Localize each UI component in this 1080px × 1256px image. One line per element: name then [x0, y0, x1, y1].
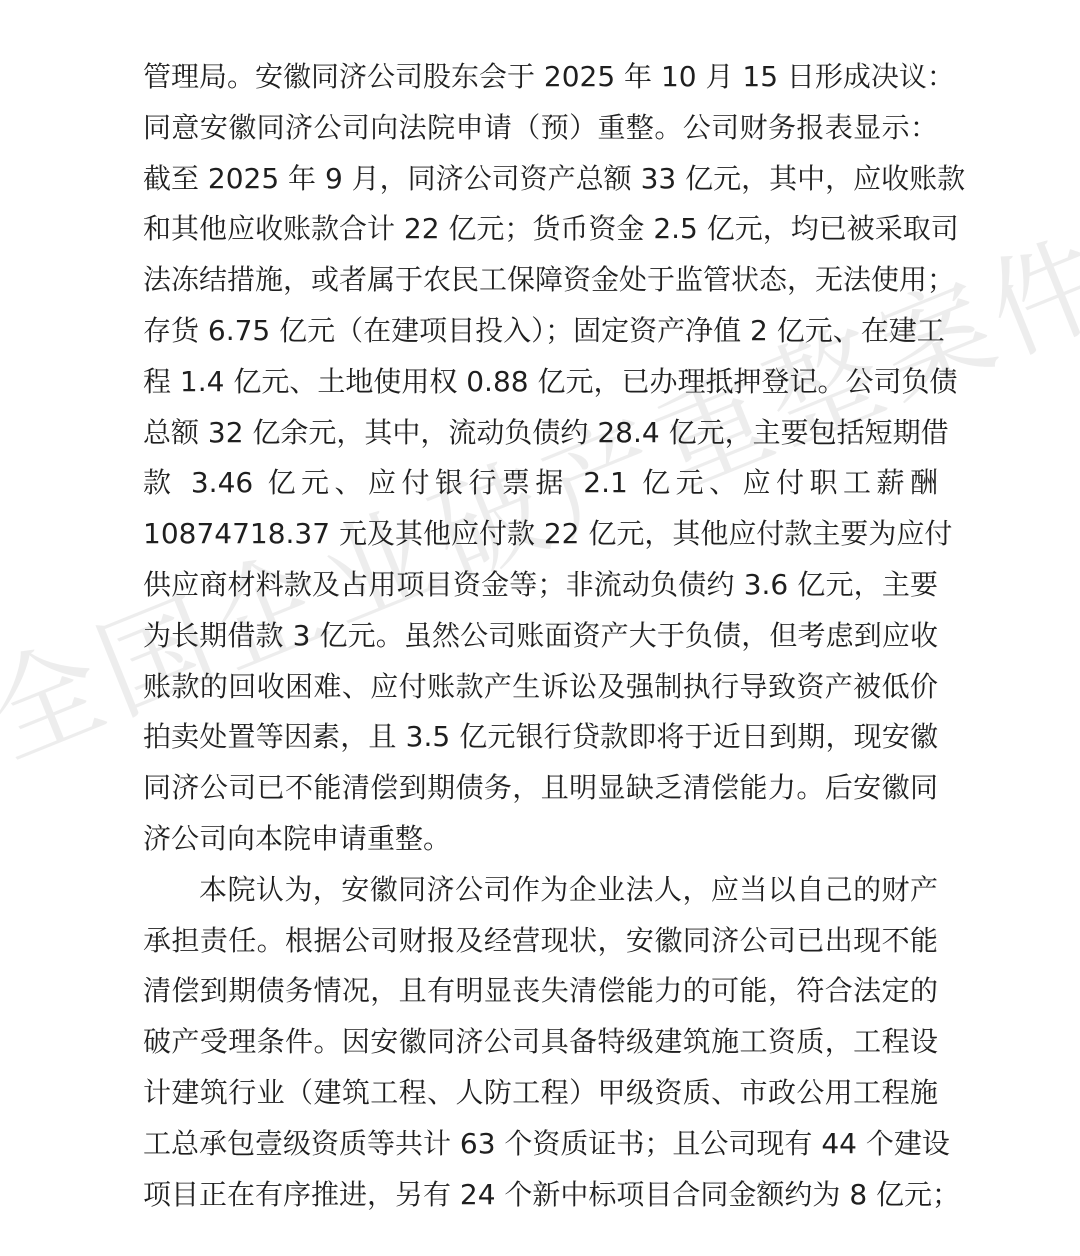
- text-line-content: 款 3.46 亿元、应付银行票据 2.1 亿元、应付职工薪酬: [143, 458, 938, 509]
- paragraph-court-opinion: 本院认为，安徽同济公司作为企业法人，应当以自己的财产 承担责任。根据公司财报及经…: [143, 865, 938, 1221]
- text-line: 同济公司已不能清偿到期债务，且明显缺乏清偿能力。后安徽同: [143, 763, 938, 814]
- text-line: 截至 2025 年 9 月，同济公司资产总额 33 亿元，其中，应收账款: [143, 154, 938, 205]
- text-line-content: 同意安徽同济公司向法院申请（预）重整。公司财务报表显示：: [143, 103, 938, 154]
- text-line-content: 拍卖处置等因素，且 3.5 亿元银行贷款即将于近日到期，现安徽: [143, 712, 938, 763]
- text-line: 济公司向本院申请重整。: [143, 814, 938, 865]
- text-line-content: 破产受理条件。因安徽同济公司具备特级建筑施工资质，工程设: [143, 1017, 938, 1068]
- text-line: 承担责任。根据公司财报及经营现状，安徽同济公司已出现不能: [143, 916, 938, 967]
- text-line-content: 截至 2025 年 9 月，同济公司资产总额 33 亿元，其中，应收账款: [143, 154, 938, 205]
- text-line-content: 本院认为，安徽同济公司作为企业法人，应当以自己的财产: [143, 865, 938, 916]
- text-line: 10874718.37 元及其他应付款 22 亿元，其他应付款主要为应付: [143, 509, 938, 560]
- text-line-content: 项目正在有序推进，另有 24 个新中标项目合同金额约为 8 亿元；: [143, 1170, 938, 1221]
- text-line: 项目正在有序推进，另有 24 个新中标项目合同金额约为 8 亿元；: [143, 1170, 938, 1221]
- text-line: 和其他应收账款合计 22 亿元；货币资金 2.5 亿元，均已被采取司: [143, 204, 938, 255]
- text-line: 法冻结措施，或者属于农民工保障资金处于监管状态，无法使用；: [143, 255, 938, 306]
- text-line: 计建筑行业（建筑工程、人防工程）甲级资质、市政公用工程施: [143, 1068, 938, 1119]
- text-line-content: 为长期借款 3 亿元。虽然公司账面资产大于负债，但考虑到应收: [143, 611, 938, 662]
- text-line: 工总承包壹级资质等共计 63 个资质证书；且公司现有 44 个建设: [143, 1119, 938, 1170]
- text-line-content: 济公司向本院申请重整。: [143, 814, 938, 865]
- text-line-content: 供应商材料款及占用项目资金等；非流动负债约 3.6 亿元，主要: [143, 560, 938, 611]
- text-line: 破产受理条件。因安徽同济公司具备特级建筑施工资质，工程设: [143, 1017, 938, 1068]
- document-body: 管理局。安徽同济公司股东会于 2025 年 10 月 15 日形成决议： 同意安…: [143, 52, 938, 1220]
- text-line-content: 计建筑行业（建筑工程、人防工程）甲级资质、市政公用工程施: [143, 1068, 938, 1119]
- text-line: 为长期借款 3 亿元。虽然公司账面资产大于负债，但考虑到应收: [143, 611, 938, 662]
- text-line-content: 账款的回收困难、应付账款产生诉讼及强制执行导致资产被低价: [143, 662, 938, 713]
- text-line: 同意安徽同济公司向法院申请（预）重整。公司财务报表显示：: [143, 103, 938, 154]
- text-line: 程 1.4 亿元、土地使用权 0.88 亿元，已办理抵押登记。公司负债: [143, 357, 938, 408]
- text-line: 管理局。安徽同济公司股东会于 2025 年 10 月 15 日形成决议：: [143, 52, 938, 103]
- text-line-content: 程 1.4 亿元、土地使用权 0.88 亿元，已办理抵押登记。公司负债: [143, 357, 938, 408]
- text-line-content: 和其他应收账款合计 22 亿元；货币资金 2.5 亿元，均已被采取司: [143, 204, 938, 255]
- text-line-content: 存货 6.75 亿元（在建项目投入）；固定资产净值 2 亿元、在建工: [143, 306, 938, 357]
- text-line-content: 工总承包壹级资质等共计 63 个资质证书；且公司现有 44 个建设: [143, 1119, 938, 1170]
- text-line-content: 10874718.37 元及其他应付款 22 亿元，其他应付款主要为应付: [143, 509, 938, 560]
- text-line-content: 同济公司已不能清偿到期债务，且明显缺乏清偿能力。后安徽同: [143, 763, 938, 814]
- text-line: 账款的回收困难、应付账款产生诉讼及强制执行导致资产被低价: [143, 662, 938, 713]
- document-page: 全国企业破产重整案件信息网 管理局。安徽同济公司股东会于 2025 年 10 月…: [0, 0, 1080, 1256]
- text-line-content: 总额 32 亿余元，其中，流动负债约 28.4 亿元，主要包括短期借: [143, 408, 938, 459]
- paragraph-financial-status: 管理局。安徽同济公司股东会于 2025 年 10 月 15 日形成决议： 同意安…: [143, 52, 938, 865]
- text-line: 拍卖处置等因素，且 3.5 亿元银行贷款即将于近日到期，现安徽: [143, 712, 938, 763]
- text-line-content: 法冻结措施，或者属于农民工保障资金处于监管状态，无法使用；: [143, 255, 938, 306]
- text-line: 总额 32 亿余元，其中，流动负债约 28.4 亿元，主要包括短期借: [143, 408, 938, 459]
- text-line-content: 承担责任。根据公司财报及经营现状，安徽同济公司已出现不能: [143, 916, 938, 967]
- text-line: 清偿到期债务情况，且有明显丧失清偿能力的可能，符合法定的: [143, 966, 938, 1017]
- text-line: 供应商材料款及占用项目资金等；非流动负债约 3.6 亿元，主要: [143, 560, 938, 611]
- text-line-content: 清偿到期债务情况，且有明显丧失清偿能力的可能，符合法定的: [143, 966, 938, 1017]
- text-line: 本院认为，安徽同济公司作为企业法人，应当以自己的财产: [143, 865, 938, 916]
- text-line: 款 3.46 亿元、应付银行票据 2.1 亿元、应付职工薪酬: [143, 458, 938, 509]
- text-line-content: 管理局。安徽同济公司股东会于 2025 年 10 月 15 日形成决议：: [143, 52, 938, 103]
- text-line: 存货 6.75 亿元（在建项目投入）；固定资产净值 2 亿元、在建工: [143, 306, 938, 357]
